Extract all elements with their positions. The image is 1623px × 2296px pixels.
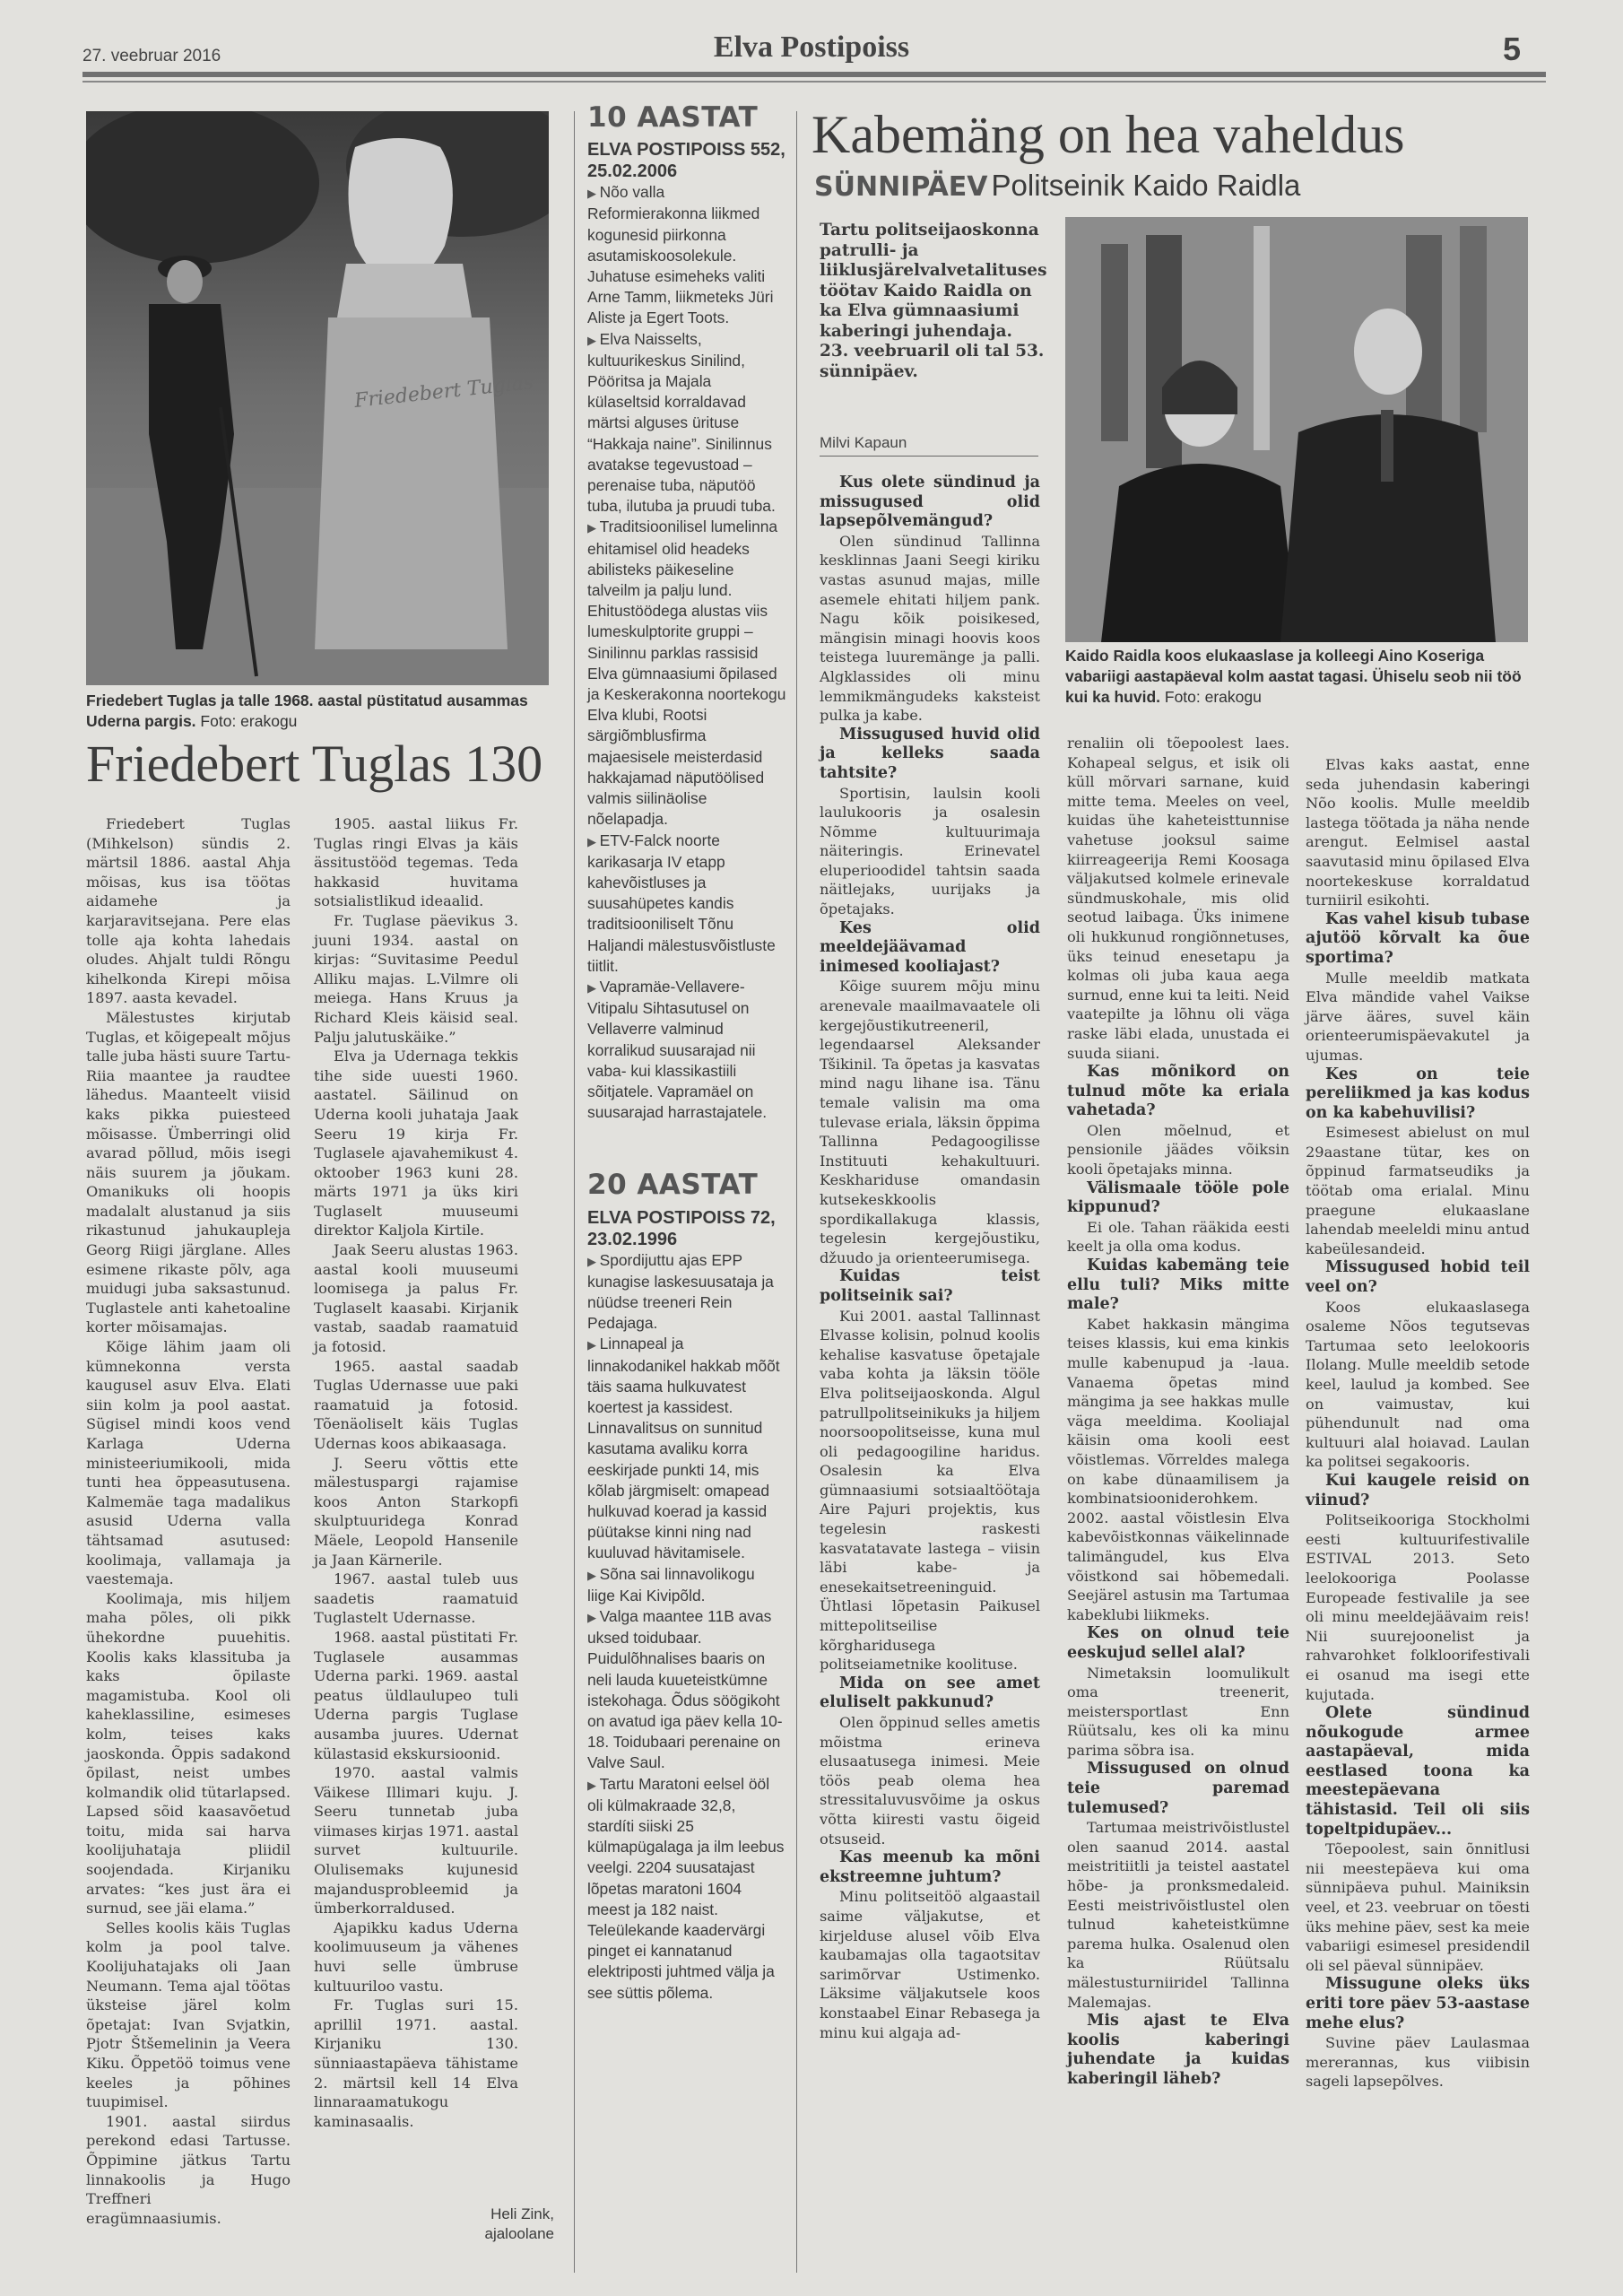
interview-answer: Tartumaa meistrivõistlustel olen saanud … [1067,1818,1289,2012]
photo-credit: Foto: erakogu [200,712,297,730]
tuglas-body-col2: 1905. aastal liikus Fr. Tuglas ringi Elv… [314,814,518,2131]
column-divider [574,111,575,2273]
paragraph: Koolimaja, mis hiljem maha põles, oli pi… [86,1589,291,1918]
interview-question: Kas mõnikord on tulnud mõte ka eriala va… [1067,1063,1289,1121]
paragraph: 1968. aastal püstitati Fr. Tuglasele aus… [314,1628,518,1763]
tuglas-headline: Friedebert Tuglas 130 [86,734,542,794]
paragraph: Friedebert Tuglas (Mihkelson) sündis 2. … [86,814,291,1008]
paragraph: Ajapikku kadus Uderna koolimuuseum ja vä… [314,1918,518,1996]
kicker: SÜNNIPÄEV [814,171,988,203]
interview-answer: Kõige suurem mõju minu arenevale maailma… [820,977,1040,1267]
photo-credit: Foto: erakogu [1165,688,1262,706]
interview-question: Missugune oleks üks eriti tore päev 53-a… [1306,1975,1530,2033]
history-column: 10 AASTAT ELVA POSTIPOISS 552, 25.02.200… [587,108,786,2004]
triangle-bullet-icon: ▶ [587,835,600,848]
interview-answer: Kui 2001. aastal Tallinnast Elvasse koli… [820,1307,1040,1674]
paragraph: 1905. aastal liikus Fr. Tuglas ringi Elv… [314,814,518,911]
paragraph: Kõige lähim jaam oli kümnekonna versta k… [86,1337,291,1589]
tuglas-body-col1: Friedebert Tuglas (Mihkelson) sündis 2. … [86,814,291,2228]
caption-text: Friedebert Tuglas ja talle 1968. aastal … [86,691,528,730]
news-item: ▶ Tartu Maratoni eelsel ööl oli külmakra… [587,1774,786,2004]
triangle-bullet-icon: ▶ [587,334,600,347]
tuglas-photo-caption: Friedebert Tuglas ja talle 1968. aastal … [86,691,552,732]
paragraph: 1965. aastal saadab Tuglas Udernasse uue… [314,1357,518,1454]
interview-answer: Suvine päev Laulasmaa mererannas, kus vi… [1306,2033,1530,2092]
interview-answer: renaliin oli tõepoolest laes. Kohapeal s… [1067,734,1289,1063]
subhead-text: Politseinik Kaido Raidla [992,169,1301,202]
paragraph: Fr. Tuglase päevikus 3. juuni 1934. aast… [314,911,518,1047]
raidla-intro: Tartu politseijaoskonna patrulli- ja lii… [820,221,1046,382]
news-item: ▶ Spordijuttu ajas EPP kunagise laskesuu… [587,1250,786,1335]
caption-text: Kaido Raidla koos elukaaslase ja kolleeg… [1065,647,1522,706]
section-heading-20-aastat: 20 AASTAT [587,1175,786,1196]
raidla-byline: Milvi Kapaun [820,434,1038,457]
interview-question: Kuidas teist politseinik sai? [820,1267,1040,1306]
interview-question: Välismaale tööle pole kippunud? [1067,1179,1289,1218]
interview-answer: Olen õppinud selles ametis mõistma erine… [820,1713,1040,1848]
interview-question: Mis ajast te Elva koolis kaberingi juhen… [1067,2012,1289,2089]
page-number: 5 [1503,30,1521,68]
triangle-bullet-icon: ▶ [587,1779,600,1792]
raidla-photo [1065,217,1528,642]
photo-couple-with-flags-icon [1065,217,1528,642]
paragraph: 1901. aastal siirdus perekond edasi Tart… [86,2112,291,2229]
photo-man-with-bust-icon: Friedebert Tuglas [86,111,549,685]
interview-answer: Sportisin, laulsin kooli laulukooris ja … [820,784,1040,919]
news-item: ▶ Valga maantee 11B avas uksed toidubaar… [587,1606,786,1774]
interview-answer: Ei ole. Tahan rääkida eesti keelt ja oll… [1067,1218,1289,1257]
triangle-bullet-icon: ▶ [587,187,600,200]
masthead-rule-thick [82,72,1546,77]
news-item: ▶ Vapramäe-Vellavere-Vitipalu Sihtasutus… [587,977,786,1123]
paragraph: Mälestustes kirjutab Tuglas, et kõigepea… [86,1008,291,1337]
interview-question: Kus olete sündinud ja missugused olid la… [820,474,1040,532]
interview-question: Kes olid meeldejäävamad inimesed koolіaj… [820,919,1040,978]
triangle-bullet-icon: ▶ [587,521,600,535]
masthead-rule-thin [82,81,1546,83]
interview-question: Missugused huvid olid ja kelleks saada t… [820,726,1040,784]
triangle-bullet-icon: ▶ [587,1611,600,1624]
interview-question: Kes on olnud teie eeskujud sellel alal? [1067,1624,1289,1663]
issue-reference: ELVA POSTIPOISS 552, 25.02.2006 [587,139,786,182]
news-item: ▶ Linnapeal ja linnakodanikel hakkab mõõ… [587,1334,786,1563]
interview-answer: Koos elukaaslasega osaleme Nõos tegutsev… [1306,1298,1530,1472]
interview-question: Kui kaugele reisid on viinud? [1306,1472,1530,1510]
tuglas-photo: Friedebert Tuglas [86,111,549,685]
interview-answer: Esimesest abielust on mul 29aastane tüta… [1306,1123,1530,1258]
news-item: ▶ ETV-Falck noorte karikasarja IV etapp … [587,831,786,977]
raidla-body-col2: renaliin oli tõepoolest laes. Kohapeal s… [1067,734,1289,2090]
interview-question: Kuidas kabemäng teie ellu tuli? Miks mit… [1067,1257,1289,1315]
triangle-bullet-icon: ▶ [587,1338,600,1352]
paragraph: Jaak Seeru alustas 1963. aastal kooli mu… [314,1240,518,1357]
raidla-body-col1: Kus olete sündinud ja missugused olid la… [820,474,1040,2042]
interview-answer: Kabet hakkasin mängima teises klassis, k… [1067,1315,1289,1625]
author-role: ajaloolane [404,2224,554,2244]
interview-answer: Elvas kaks aastat, enne seda juhendasin … [1306,755,1530,910]
raidla-photo-caption: Kaido Raidla koos elukaaslase ja kolleeg… [1065,646,1532,708]
news-item: ▶ Elva Naisselts, kultuurikeskus Sinilin… [587,329,786,517]
paragraph: Elva ja Udernaga tekkis tihe side uuesti… [314,1047,518,1240]
interview-question: Kes on teie pereliikmed ja kas kodus on … [1306,1065,1530,1124]
column-divider [796,111,797,2273]
interview-answer: Olen sündinud Tallinna kesklinnas Jaani … [820,532,1040,726]
interview-answer: Nimetaksin loomulikult oma treenerit, me… [1067,1664,1289,1761]
raidla-headline: Kabemäng on hea vaheldus [811,104,1404,166]
interview-question: Mida on see amet eluliselt pakkunud? [820,1674,1040,1713]
paragraph: J. Seeru võttis ette mälestuspargi rajam… [314,1454,518,1570]
newspaper-page: 27. veebruar 2016 Elva Postipoiss 5 Fr [0,0,1623,2296]
issue-reference: ELVA POSTIPOISS 72, 23.02.1996 [587,1207,786,1250]
paragraph: Selles koolis käis Tuglas kolm ja pool t… [86,1918,291,2112]
raidla-subhead: SÜNNIPÄEV Politseinik Kaido Raidla [814,169,1300,203]
news-item: ▶ Traditsioonilisel lumelinna ehitamisel… [587,517,786,830]
interview-question: Missugused hobid teil veel on? [1306,1258,1530,1297]
interview-answer: Minu politseitöö algaastail saime väljak… [820,1887,1040,2042]
section-heading-10-aastat: 10 AASTAT [587,108,786,128]
interview-question: Missugused on olnud teie paremad tulemus… [1067,1760,1289,1818]
interview-answer: Politseikooriga Stockholmi eesti kultuur… [1306,1510,1530,1704]
paragraph: 1970. aastal valmis Väikese Illimari kuj… [314,1763,518,1918]
interview-question: Kas vahel kisub tubase ajutöö kõrvalt ka… [1306,910,1530,969]
triangle-bullet-icon: ▶ [587,981,600,995]
paragraph: 1967. aastal tuleb uus saadetis raamatui… [314,1570,518,1628]
author-name: Heli Zink, [404,2205,554,2224]
raidla-body-col3: Elvas kaks aastat, enne seda juhendasin … [1306,755,1530,2092]
tuglas-author: Heli Zink, ajaloolane [404,2205,554,2244]
interview-answer: Olen mõelnud, et pensionile jäädes võiks… [1067,1121,1289,1179]
triangle-bullet-icon: ▶ [587,1255,600,1268]
news-item: ▶ Nõo valla Reformierakonna liikmed kogu… [587,182,786,328]
news-item: ▶ Sõna sai linnavolikogu liige Kai Kivip… [587,1564,786,1606]
paragraph: Fr. Tuglas suri 15. aprillil 1971. aasta… [314,1996,518,2131]
interview-answer: Mulle meeldib matkata Elva mändide vahel… [1306,969,1530,1065]
interview-answer: Tõepoolest, sain õnnitlusi nii meestepäe… [1306,1839,1530,1975]
interview-question: Kas meenub ka mõni ekstreemne juhtum? [820,1848,1040,1887]
interview-question: Olete sündinud nõukogude armee aastapäev… [1306,1704,1530,1839]
triangle-bullet-icon: ▶ [587,1569,600,1582]
newspaper-title: Elva Postipoiss [0,30,1623,65]
